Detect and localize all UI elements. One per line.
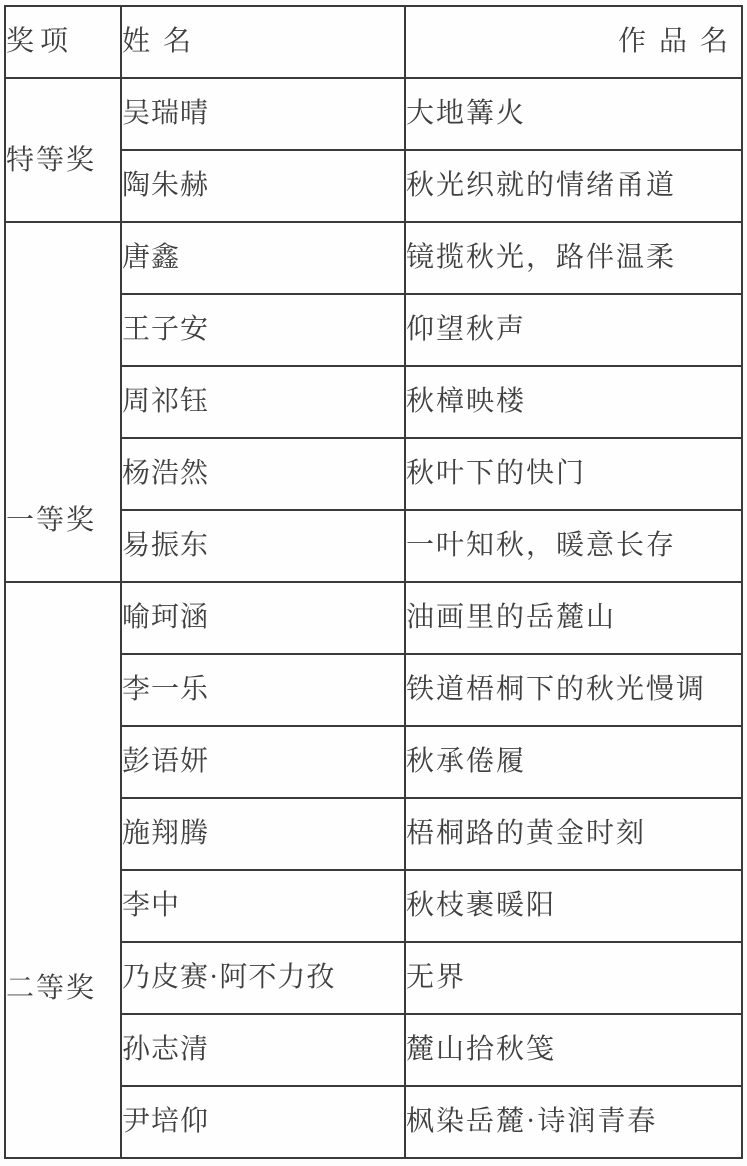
winner-name: 孙志清 bbox=[121, 1014, 405, 1086]
table-row: 一等奖 唐鑫 镜揽秋光，路伴温柔 bbox=[5, 222, 742, 294]
col-header-award: 奖项 bbox=[5, 6, 121, 78]
winner-name: 喻珂涵 bbox=[121, 582, 405, 654]
winner-name: 杨浩然 bbox=[121, 438, 405, 510]
work-title: 秋叶下的快门 bbox=[405, 438, 742, 510]
award-group-label: 一等奖 bbox=[5, 222, 121, 582]
work-title: 秋承倦履 bbox=[405, 726, 742, 798]
work-title: 铁道梧桐下的秋光慢调 bbox=[405, 654, 742, 726]
work-title: 无界 bbox=[405, 942, 742, 1014]
work-title: 梧桐路的黄金时刻 bbox=[405, 798, 742, 870]
winner-name: 易振东 bbox=[121, 510, 405, 582]
award-group-label: 二等奖 bbox=[5, 582, 121, 1158]
winner-name: 李一乐 bbox=[121, 654, 405, 726]
winner-name: 乃皮赛·阿不力孜 bbox=[121, 942, 405, 1014]
winner-name: 吴瑞晴 bbox=[121, 78, 405, 150]
table-row: 二等奖 喻珂涵 油画里的岳麓山 bbox=[5, 582, 742, 654]
work-title: 枫染岳麓·诗润青春 bbox=[405, 1086, 742, 1158]
winner-name: 尹培仰 bbox=[121, 1086, 405, 1158]
work-title: 镜揽秋光，路伴温柔 bbox=[405, 222, 742, 294]
work-title: 秋樟映楼 bbox=[405, 366, 742, 438]
awards-table: 奖项 姓名 作品名 特等奖 吴瑞晴 大地篝火 陶朱赫 秋光织就的情绪甬道 一等奖… bbox=[4, 5, 743, 1159]
header-row: 奖项 姓名 作品名 bbox=[5, 6, 742, 78]
col-header-work: 作品名 bbox=[405, 6, 742, 78]
award-group-label: 特等奖 bbox=[5, 78, 121, 222]
winner-name: 李中 bbox=[121, 870, 405, 942]
col-header-name: 姓名 bbox=[121, 6, 405, 78]
work-title: 油画里的岳麓山 bbox=[405, 582, 742, 654]
winner-name: 周祁钰 bbox=[121, 366, 405, 438]
work-title: 秋枝裹暖阳 bbox=[405, 870, 742, 942]
work-title: 大地篝火 bbox=[405, 78, 742, 150]
work-title: 一叶知秋，暖意长存 bbox=[405, 510, 742, 582]
winner-name: 陶朱赫 bbox=[121, 150, 405, 222]
work-title: 秋光织就的情绪甬道 bbox=[405, 150, 742, 222]
table-row: 特等奖 吴瑞晴 大地篝火 bbox=[5, 78, 742, 150]
winner-name: 彭语妍 bbox=[121, 726, 405, 798]
page: 奖项 姓名 作品名 特等奖 吴瑞晴 大地篝火 陶朱赫 秋光织就的情绪甬道 一等奖… bbox=[0, 0, 747, 1166]
winner-name: 唐鑫 bbox=[121, 222, 405, 294]
work-title: 仰望秋声 bbox=[405, 294, 742, 366]
winner-name: 王子安 bbox=[121, 294, 405, 366]
work-title: 麓山拾秋笺 bbox=[405, 1014, 742, 1086]
winner-name: 施翔腾 bbox=[121, 798, 405, 870]
